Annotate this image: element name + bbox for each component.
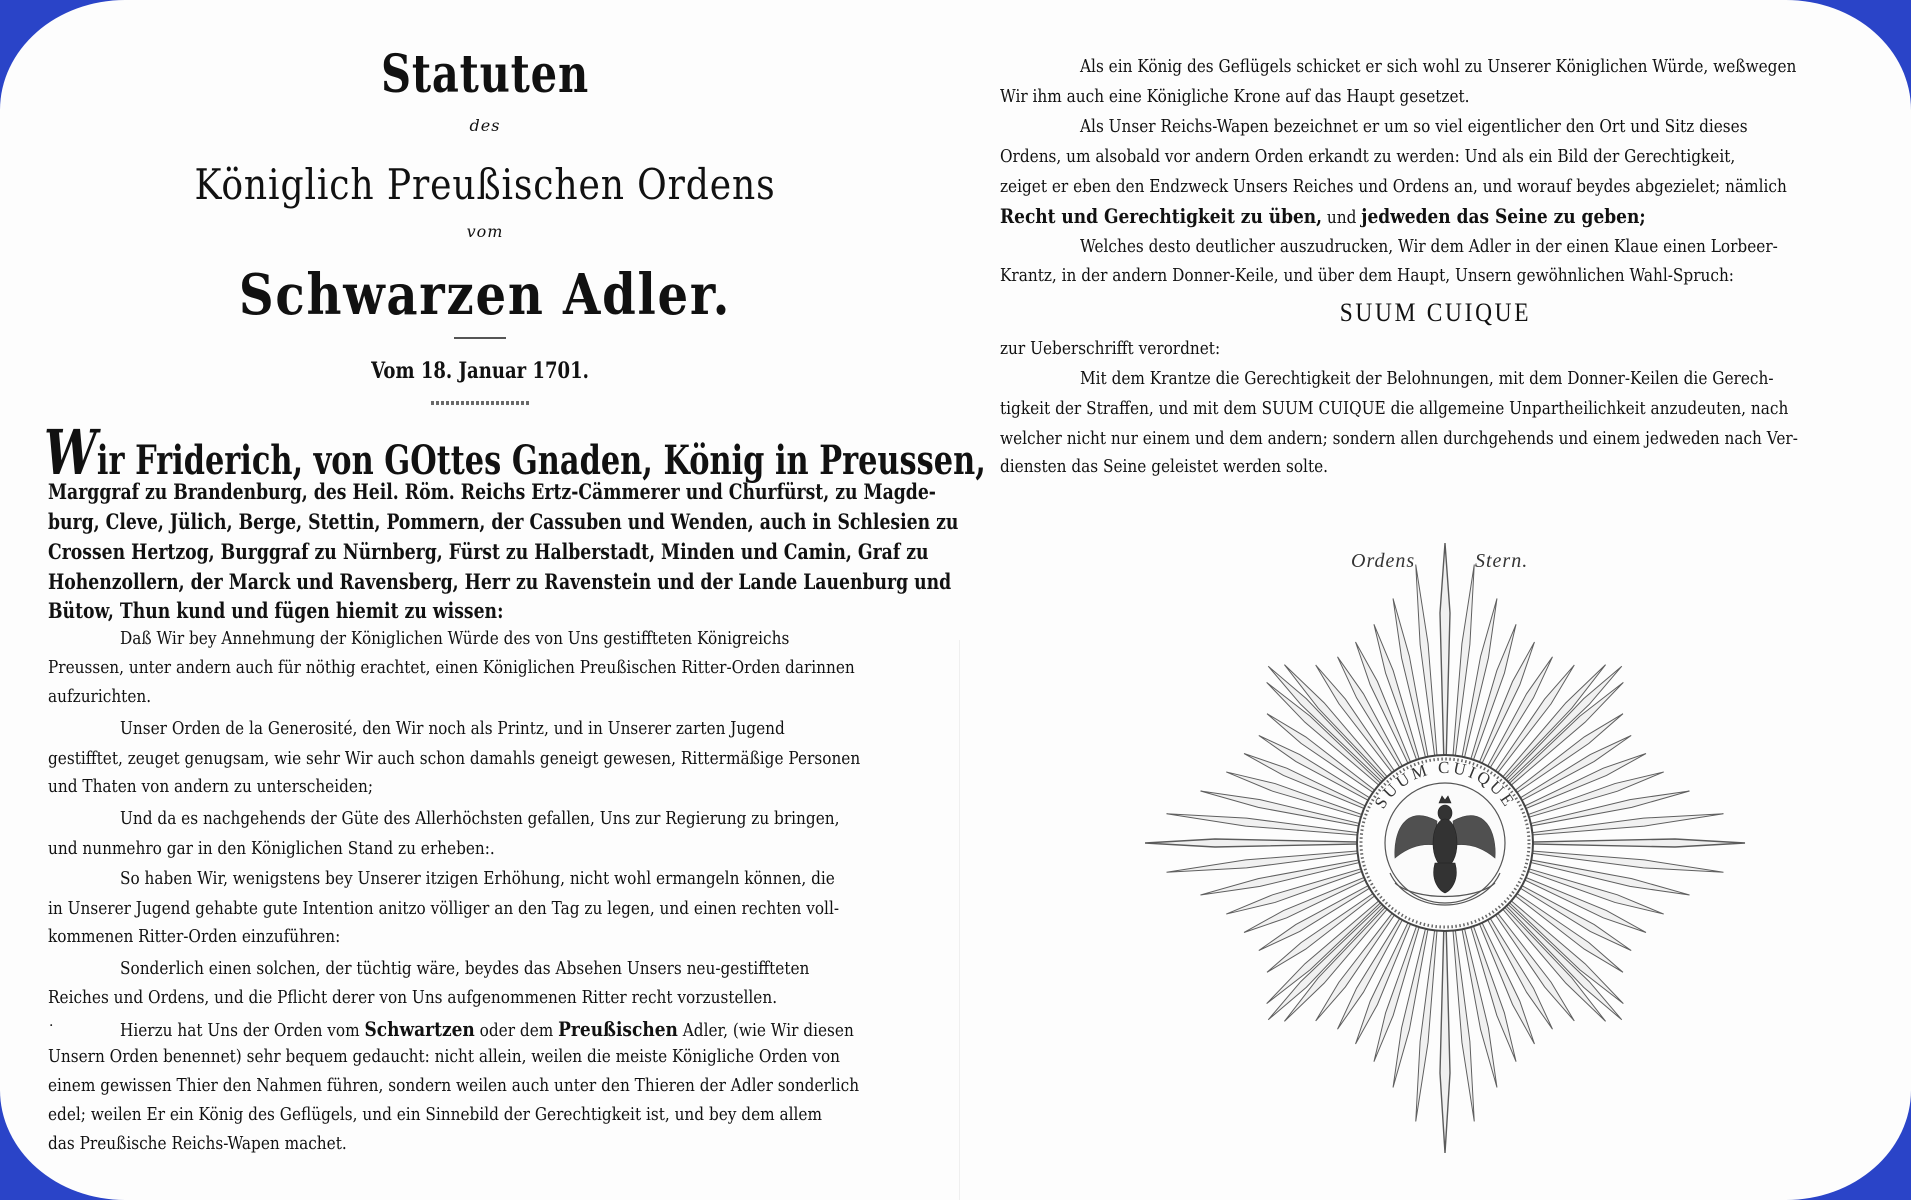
hierzu-bold-schwartzen: Schwartzen bbox=[365, 1017, 475, 1041]
titles-line: burg, Cleve, Jülich, Berge, Stettin, Pom… bbox=[48, 509, 958, 534]
body-line: Welches desto deutlicher auszudrucken, W… bbox=[1080, 236, 1778, 257]
hierzu-text: Hierzu hat Uns der Orden vom bbox=[120, 1020, 365, 1041]
body-line: Wir ihm auch eine Königliche Krone auf d… bbox=[1000, 86, 1470, 107]
title-schwarzen-adler: Schwarzen Adler. bbox=[68, 262, 902, 328]
body-line: Unser Orden de la Generosité, den Wir no… bbox=[120, 718, 785, 739]
body-line: zeiget er eben den Endzweck Unsers Reich… bbox=[1000, 176, 1787, 197]
body-line: Unsern Orden benennet) sehr bequem gedau… bbox=[48, 1046, 840, 1067]
left-page: Statuten des Königlich Preußischen Orden… bbox=[0, 0, 960, 1200]
body-line: Und da es nachgehends der Güte des Aller… bbox=[120, 808, 839, 829]
body-line-emphasis: Recht und Gerechtigkeit zu üben, und jed… bbox=[1000, 204, 1646, 228]
body-line-hierzu: Hierzu hat Uns der Orden vom Schwartzen … bbox=[120, 1017, 854, 1041]
body-line: Krantz, in der andern Donner-Keile, und … bbox=[1000, 265, 1734, 286]
emph-und: und bbox=[1322, 207, 1361, 228]
document-date: Vom 18. Januar 1701. bbox=[86, 358, 873, 384]
title-vom: vom bbox=[0, 222, 970, 241]
titles-line: Marggraf zu Brandenburg, des Heil. Röm. … bbox=[48, 479, 936, 504]
title-statuten: Statuten bbox=[97, 44, 873, 105]
body-line: das Preußische Reichs-Wapen machet. bbox=[48, 1133, 347, 1154]
stray-dot-mark: · bbox=[49, 1018, 53, 1034]
hierzu-text: Adler, (wie Wir diesen bbox=[678, 1020, 854, 1041]
hierzu-bold-preussischen: Preußischen bbox=[558, 1017, 678, 1041]
document-sheet: Statuten des Königlich Preußischen Orden… bbox=[0, 0, 1911, 1200]
page-gutter-divider bbox=[959, 640, 960, 1200]
motto-suum-cuique: SUUM CUIQUE bbox=[1008, 298, 1864, 328]
body-line: zur Ueberschrifft verordnet: bbox=[1000, 338, 1220, 359]
titles-line: Hohenzollern, der Marck und Ravensberg, … bbox=[48, 569, 951, 594]
body-line: tigkeit der Straffen, und mit dem SUUM C… bbox=[1000, 398, 1788, 419]
hierzu-text: oder dem bbox=[475, 1020, 558, 1041]
body-line: Preussen, unter andern auch für nöthig e… bbox=[48, 657, 855, 678]
body-line: Als ein König des Geflügels schicket er … bbox=[1080, 56, 1796, 77]
lead-text: ir Friderich, von GOttes Gnaden, König i… bbox=[97, 437, 986, 484]
body-line: Mit dem Krantze die Gerechtigkeit der Be… bbox=[1080, 368, 1773, 389]
body-line: und Thaten von andern zu unterscheiden; bbox=[48, 776, 373, 797]
titles-line: Crossen Hertzog, Burggraf zu Nürnberg, F… bbox=[48, 539, 929, 564]
body-line: in Unserer Jugend gehabte gute Intention… bbox=[48, 898, 839, 919]
emph-jedweden: jedweden das Seine zu geben; bbox=[1361, 204, 1645, 228]
body-line: kommenen Ritter-Orden einzuführen: bbox=[48, 926, 340, 947]
order-star-illustration: Ordens Stern. bbox=[1145, 530, 1765, 1170]
title-rule-divider bbox=[454, 337, 506, 339]
body-line: Ordens, um alsobald vor andern Orden erk… bbox=[1000, 146, 1735, 167]
body-line: So haben Wir, wenigstens bey Unserer itz… bbox=[120, 868, 835, 889]
body-line: aufzurichten. bbox=[48, 686, 151, 707]
body-line: einem gewissen Thier den Nahmen führen, … bbox=[48, 1075, 859, 1096]
title-des: des bbox=[0, 116, 970, 135]
wavy-ornament-divider bbox=[431, 401, 529, 405]
titles-line: Bütow, Thun kund und fügen hiemit zu wis… bbox=[48, 598, 503, 623]
body-line: und nunmehro gar in den Königlichen Stan… bbox=[48, 838, 495, 859]
star-rays-icon: SUUM CUIQUE bbox=[1145, 530, 1765, 1170]
body-line: Sonderlich einen solchen, der tüchtig wä… bbox=[120, 958, 809, 979]
body-line: gestifftet, zeuget genugsam, wie sehr Wi… bbox=[48, 748, 860, 769]
body-line: Daß Wir bey Annehmung der Königlichen Wü… bbox=[120, 628, 789, 649]
title-order-name: Königlich Preußischen Ordens bbox=[68, 160, 902, 209]
body-line: diensten das Seine geleistet werden solt… bbox=[1000, 456, 1328, 477]
emph-recht: Recht und Gerechtigkeit zu üben, bbox=[1000, 204, 1322, 228]
body-line: Als Unser Reichs-Wapen bezeichnet er um … bbox=[1080, 116, 1748, 137]
body-line: Reiches und Ordens, und die Pflicht dere… bbox=[48, 987, 777, 1008]
body-line: welcher nicht nur einem und dem andern; … bbox=[1000, 428, 1798, 449]
body-line: edel; weilen Er ein König des Geflügels,… bbox=[48, 1104, 822, 1125]
